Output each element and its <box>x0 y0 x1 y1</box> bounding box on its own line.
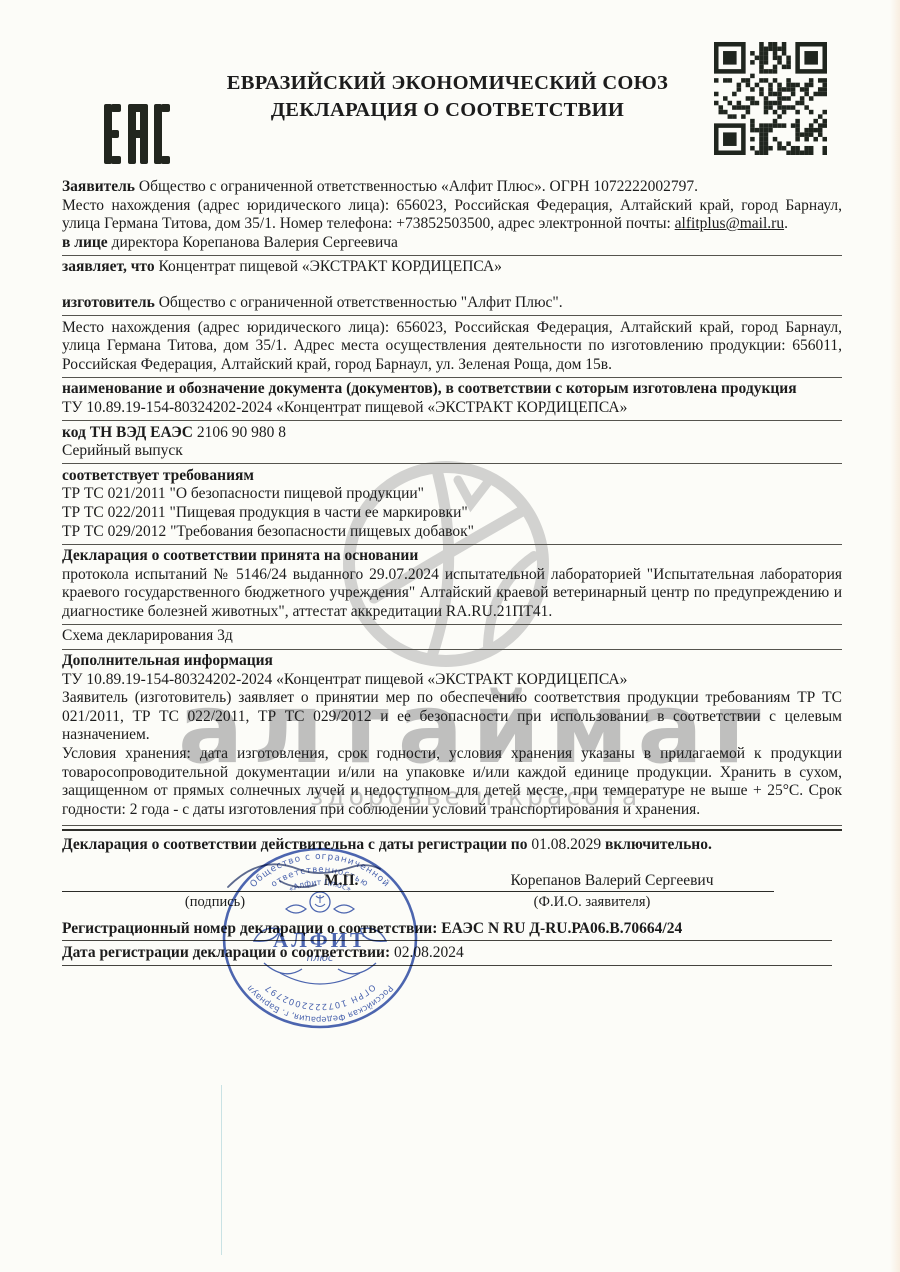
spacer <box>62 277 842 294</box>
document-body: Заявитель Общество с ограниченной ответс… <box>0 178 900 966</box>
tnved-line: код ТН ВЭД ЕАЭС 2106 90 980 8 <box>62 424 842 443</box>
divider <box>62 544 842 545</box>
validity-line: Декларация о соответствии действительна … <box>62 836 842 855</box>
registration-date-line: Дата регистрации декларации о соответств… <box>62 944 842 963</box>
applicant-address: Место нахождения (адрес юридического лиц… <box>62 197 842 234</box>
applicant-email-link[interactable]: alfitplus@mail.ru <box>675 215 784 232</box>
additional-label: Дополнительная информация <box>62 652 842 671</box>
additional-tu: ТУ 10.89.19-154-80324202-2024 «Концентра… <box>62 671 842 690</box>
declaration-document: алтаймаг здоровье и красота ЕВРАЗИЙСКИЙ … <box>0 0 900 1272</box>
additional-storage: Условия хранения: дата изготовления, сро… <box>62 745 842 819</box>
applicant-label: Заявитель <box>62 178 135 195</box>
basis-text: протокола испытаний № 5146/24 выданного … <box>62 566 842 622</box>
signature-section: Декларация о соответствии действительна … <box>62 825 842 965</box>
scan-line-artifact <box>221 1085 222 1255</box>
declarant-name: Корепанов Валерий Сергеевич <box>462 872 762 890</box>
stamp-center-name: АЛФИТ <box>273 928 367 952</box>
divider <box>62 255 842 256</box>
eac-mark-icon <box>104 104 170 164</box>
document-basis-tu: ТУ 10.89.19-154-80324202-2024 «Концентра… <box>62 399 842 418</box>
applicant-line: Заявитель Общество с ограниченной ответс… <box>62 178 842 197</box>
scheme-line: Схема декларирования 3д <box>62 627 842 646</box>
manufacturer-address: Место нахождения (адрес юридического лиц… <box>62 319 842 375</box>
additional-measures: Заявитель (изготовитель) заявляет о прин… <box>62 689 842 745</box>
stamp-center-sub: плюс <box>307 953 334 964</box>
serial-line: Серийный выпуск <box>62 442 842 461</box>
company-stamp: Общество с ограниченной ответственностью… <box>220 845 420 1031</box>
regulation-item: ТР ТС 029/2012 "Требования безопасности … <box>62 523 842 542</box>
declaration-title: ДЕКЛАРАЦИЯ О СООТВЕТСТВИИ <box>180 97 715 124</box>
divider <box>62 463 842 464</box>
manufacturer-line: изготовитель Общество с ограниченной отв… <box>62 294 842 313</box>
divider <box>62 940 832 941</box>
document-title-block: ЕВРАЗИЙСКИЙ ЭКОНОМИЧЕСКИЙ СОЮЗ ДЕКЛАРАЦИ… <box>180 70 715 124</box>
declares-line: заявляет, что Концентрат пищевой «ЭКСТРА… <box>62 258 842 277</box>
divider <box>62 965 832 966</box>
divider <box>62 420 842 421</box>
fio-caption: (Ф.И.О. заявителя) <box>482 894 702 911</box>
document-header: ЕВРАЗИЙСКИЙ ЭКОНОМИЧЕСКИЙ СОЮЗ ДЕКЛАРАЦИ… <box>0 0 900 178</box>
document-basis-label: наименование и обозначение документа (до… <box>62 380 842 399</box>
divider <box>62 825 842 826</box>
basis-label: Декларация о соответствии принята на осн… <box>62 547 842 566</box>
divider <box>62 649 842 650</box>
compliance-label: соответствует требованиям <box>62 467 842 486</box>
divider <box>62 377 842 378</box>
in-person-line: в лице директора Корепанова Валерия Серг… <box>62 234 842 253</box>
registration-number-line: Регистрационный номер декларации о соотв… <box>62 920 842 939</box>
divider <box>62 624 842 625</box>
regulation-item: ТР ТС 022/2011 "Пищевая продукция в част… <box>62 504 842 523</box>
divider <box>62 315 842 316</box>
union-title: ЕВРАЗИЙСКИЙ ЭКОНОМИЧЕСКИЙ СОЮЗ <box>180 70 715 97</box>
qr-code <box>714 42 827 155</box>
regulation-item: ТР ТС 021/2011 "О безопасности пищевой п… <box>62 485 842 504</box>
divider <box>62 829 842 831</box>
